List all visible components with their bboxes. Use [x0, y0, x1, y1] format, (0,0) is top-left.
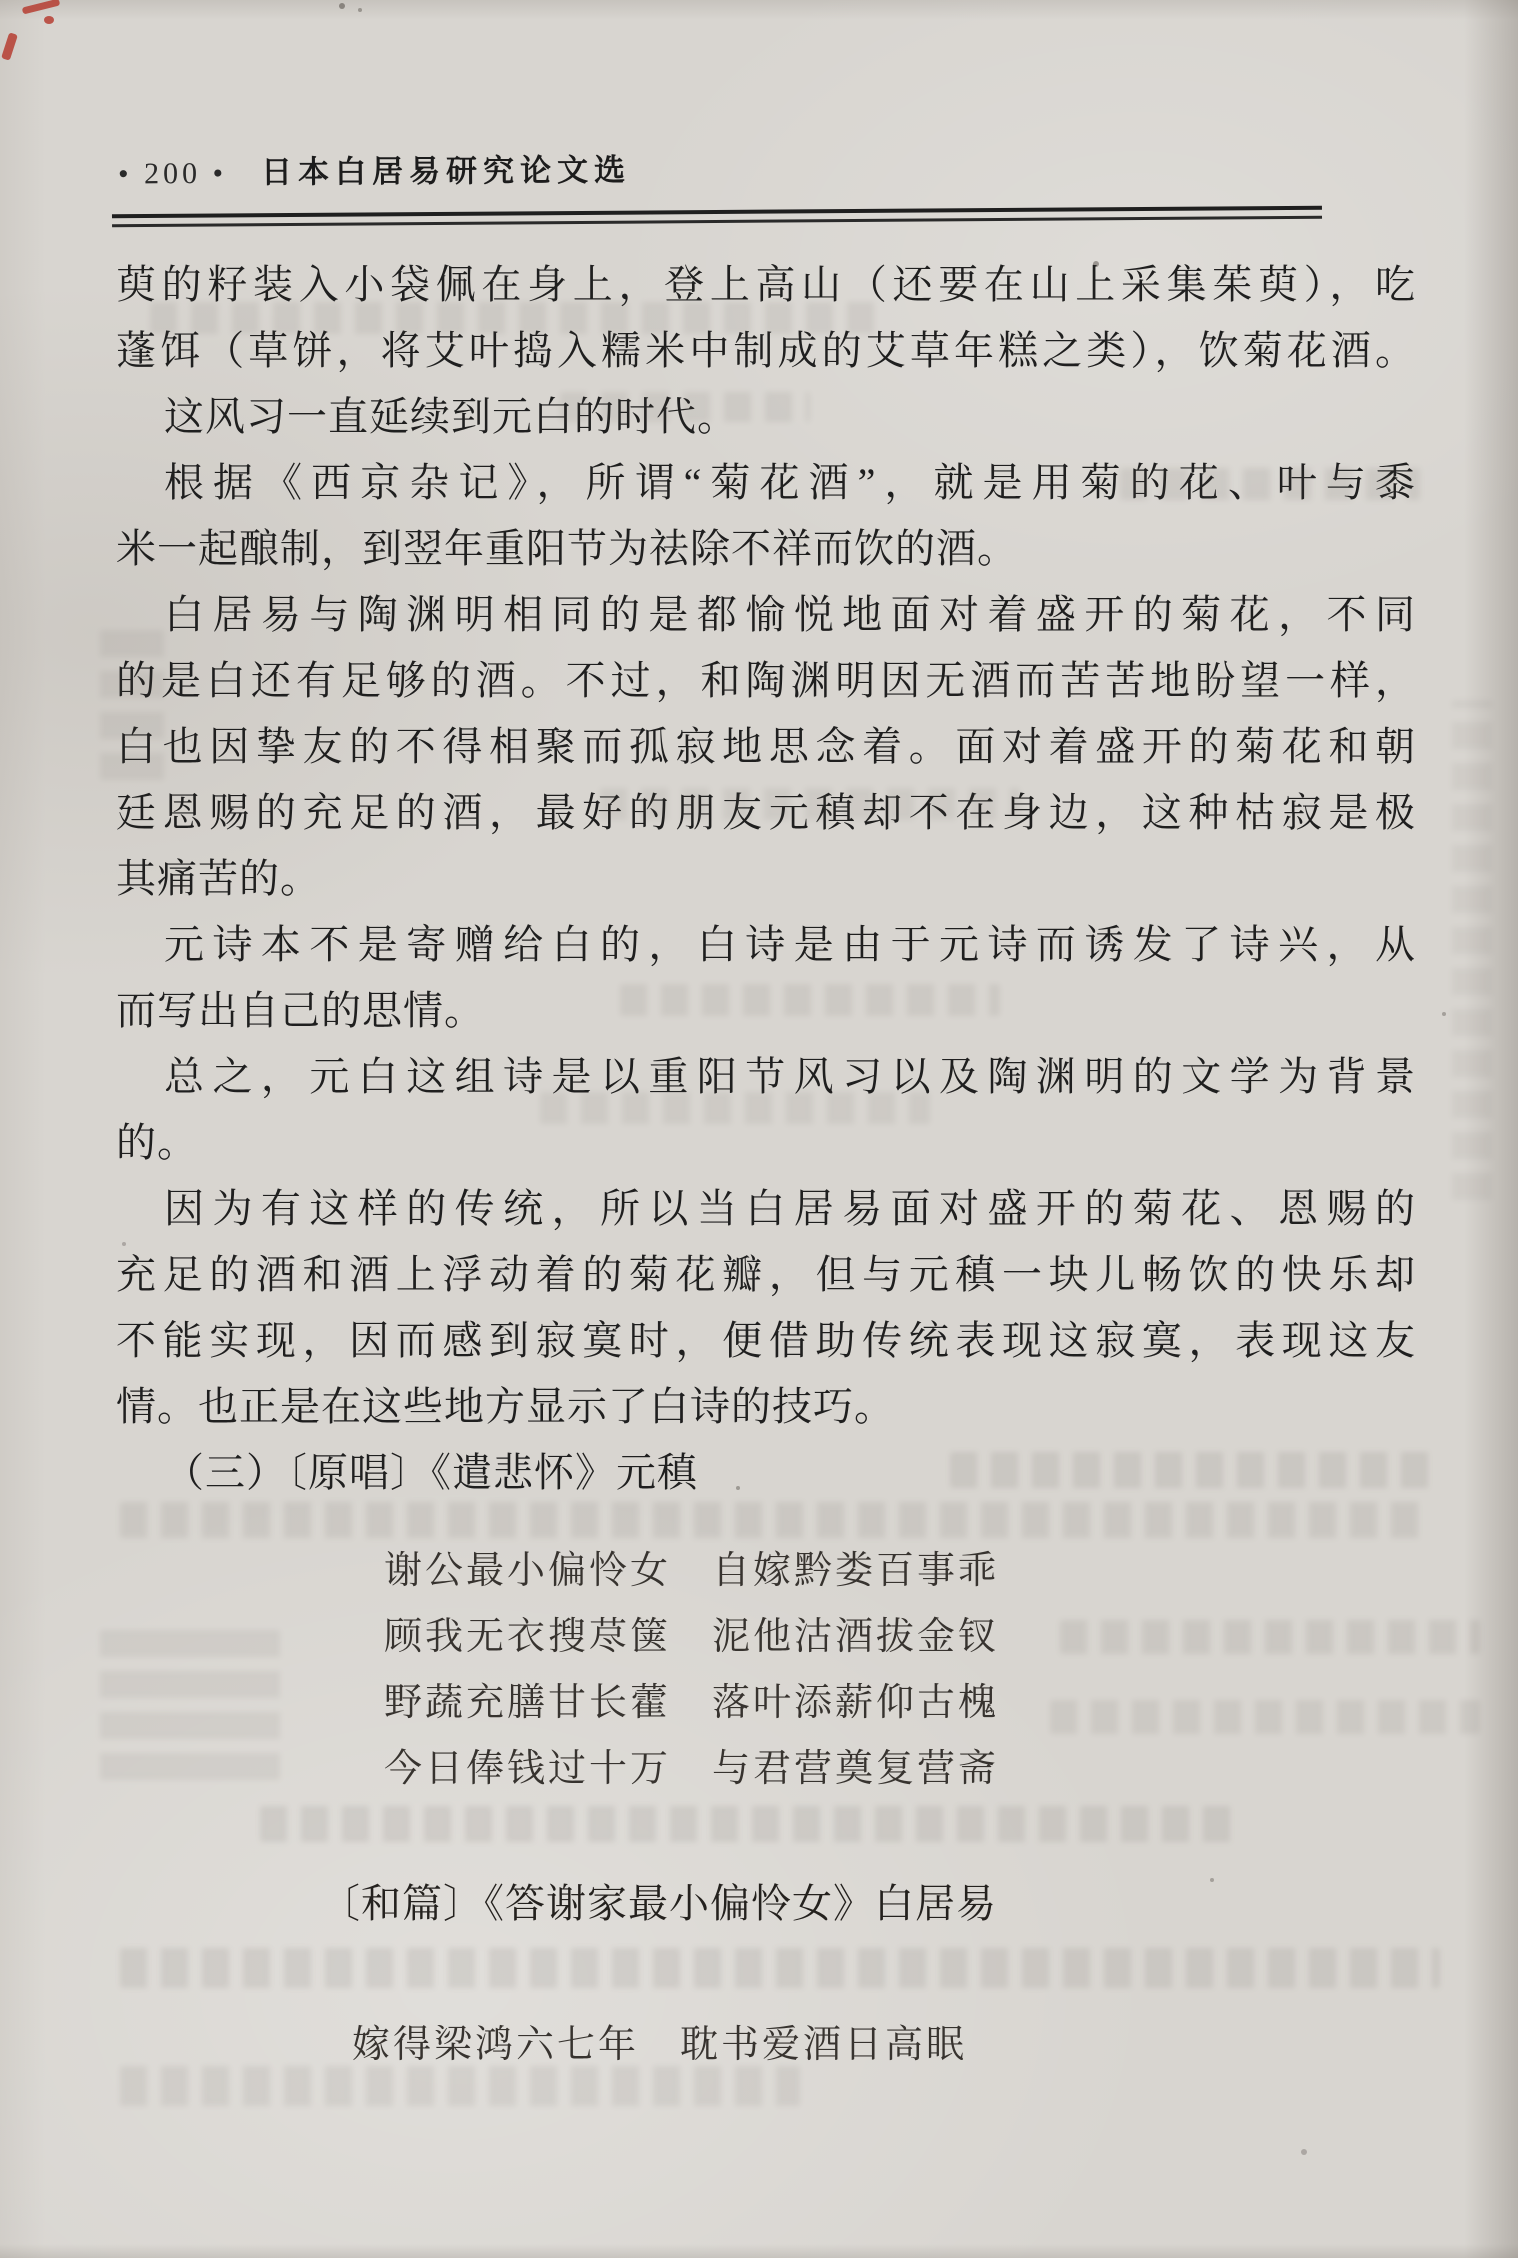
poem-yuanzhen-qianbeihuai: 谢公最小偏怜女 自嫁黔娄百事乖 顾我无衣搜荩箧 泥他沽酒拔金钗 野蔬充膳甘长藿 …	[384, 1538, 999, 1802]
body-line: 元诗本不是寄赠给白的，白诗是由于元诗而诱发了诗兴，从	[116, 912, 1416, 978]
showthrough-ghost	[150, 302, 880, 334]
body-line: 米一起酿制，到翌年重阳节为祛除不祥而饮的酒。	[116, 516, 1416, 582]
page-edge-shadow	[1464, 0, 1518, 2258]
poem-line: 野蔬充膳甘长藿 落叶添薪仰古槐	[384, 1670, 999, 1736]
showthrough-ghost	[1050, 1700, 1480, 1734]
body-line: 因为有这样的传统，所以当白居易面对盛开的菊花、恩赐的	[116, 1176, 1416, 1242]
body-line: 的是白还有足够的酒。不过，和陶渊明因无酒而苦苦地盼望一样，	[116, 648, 1416, 714]
showthrough-ghost	[100, 630, 164, 780]
dust-specks	[0, 0, 4, 4]
poem-line: 谢公最小偏怜女 自嫁黔娄百事乖	[384, 1538, 999, 1604]
showthrough-ghost	[620, 984, 1000, 1016]
article-body: 萸的籽装入小袋佩在身上，登上高山（还要在山上采集茱萸），吃 蓬饵（草饼，将艾叶捣…	[116, 252, 1416, 1506]
body-line: 白居易与陶渊明相同的是都愉悦地面对着盛开的菊花，不同	[116, 582, 1416, 648]
page-number: • 200 •	[118, 157, 227, 192]
page-header: • 200 • 日本白居易研究论文选	[118, 144, 631, 192]
showthrough-ghost	[120, 2066, 800, 2106]
showthrough-ghost	[260, 1806, 1240, 1842]
showthrough-ghost	[600, 788, 1020, 820]
poem-line: 今日俸钱过十万 与君营奠复营斋	[384, 1736, 999, 1802]
hepian-heading: 〔和篇〕《答谢家最小偏怜女》白居易	[320, 1872, 997, 1929]
body-line: 不能实现，因而感到寂寞时，便借助传统表现这寂寞，表现这友	[116, 1308, 1416, 1374]
page-edge-shadow	[0, 2244, 1518, 2258]
showthrough-ghost	[560, 392, 810, 422]
showthrough-ghost	[950, 1452, 1430, 1488]
showthrough-ghost	[100, 1630, 280, 1780]
poem-line: 顾我无衣搜荩箧 泥他沽酒拔金钗	[384, 1604, 999, 1670]
showthrough-ghost	[1120, 468, 1420, 500]
header-double-rule	[112, 206, 1322, 227]
body-line: 白也因挚友的不得相聚而孤寂地思念着。面对着盛开的菊花和朝	[116, 714, 1416, 780]
red-pen-mark	[1, 32, 18, 60]
red-pen-mark	[44, 16, 54, 24]
body-line: 其痛苦的。	[116, 846, 1416, 912]
showthrough-ghost	[540, 1092, 930, 1124]
scanned-book-page: • 200 • 日本白居易研究论文选 萸的籽装入小袋佩在身上，登上高山（还要在山…	[0, 0, 1518, 2258]
showthrough-ghost	[120, 1948, 1440, 1988]
showthrough-ghost	[1060, 1620, 1480, 1654]
body-line: 情。也正是在这些地方显示了白诗的技巧。	[116, 1374, 1416, 1440]
red-pen-mark	[22, 0, 61, 14]
body-line: 充足的酒和酒上浮动着的菊花瓣，但与元稹一块儿畅饮的快乐却	[116, 1242, 1416, 1308]
showthrough-ghost	[120, 1502, 1420, 1538]
book-title: 日本白居易研究论文选	[261, 144, 631, 191]
